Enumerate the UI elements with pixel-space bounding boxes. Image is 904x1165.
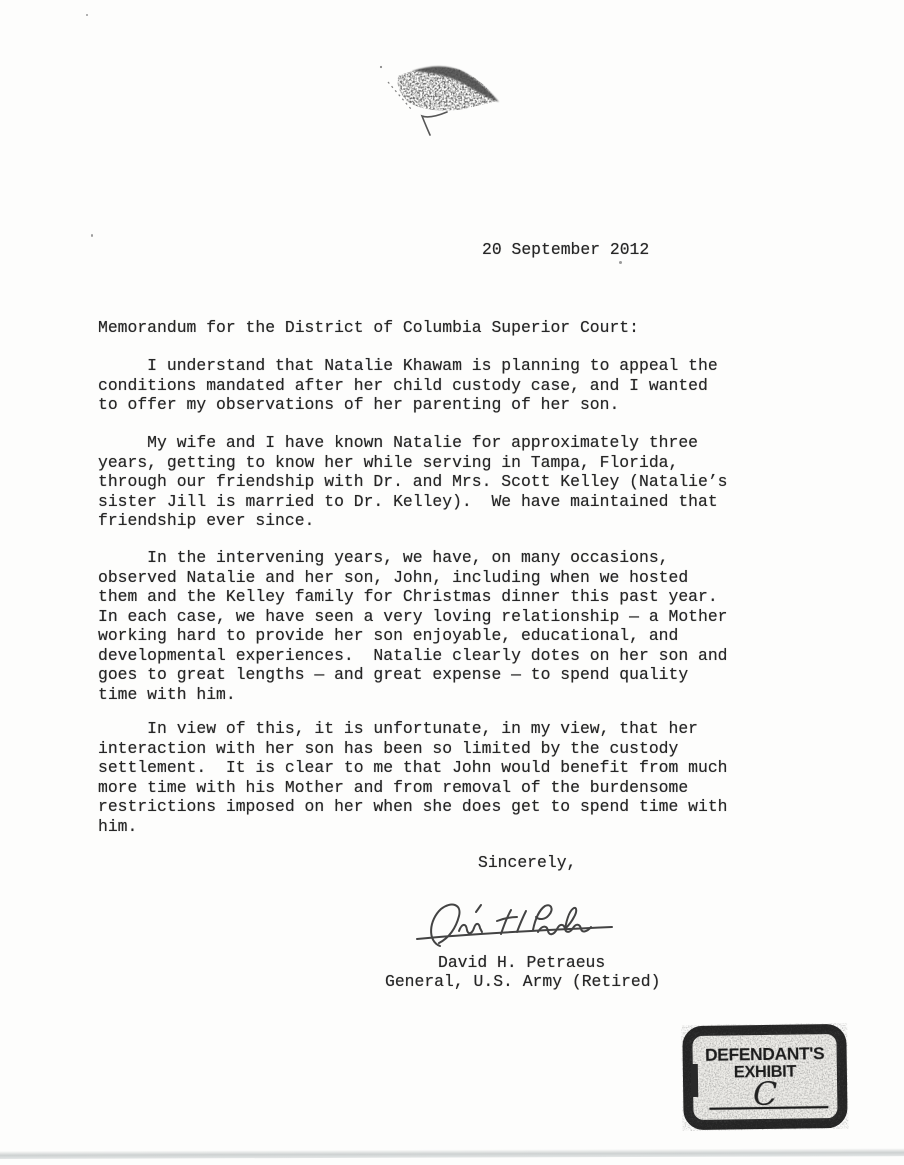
signature-stroke <box>501 910 511 934</box>
letter-paragraph: I understand that Natalie Khawam is plan… <box>98 356 718 415</box>
signature-stroke <box>431 905 459 946</box>
signer-name: David H. Petraeus <box>438 953 605 973</box>
scan-speck <box>619 261 622 264</box>
letter-paragraph: In view of this, it is unfortunate, in m… <box>98 719 728 836</box>
letter-closing: Sincerely, <box>478 853 576 873</box>
letter-date: 20 September 2012 <box>482 240 649 260</box>
scan-edge-artifact <box>0 1148 904 1159</box>
signature-stroke <box>459 924 482 933</box>
stamp-left-mark <box>691 1064 698 1097</box>
emblem-hook-stroke <box>422 112 447 135</box>
signer-title: General, U.S. Army (Retired) <box>385 972 660 992</box>
scan-speck <box>91 234 93 237</box>
signature-stroke <box>476 905 481 912</box>
letter-paragraph: My wife and I have known Natalie for app… <box>98 433 728 531</box>
letterhead-emblem-smudge-icon <box>368 56 508 140</box>
emblem-speck <box>380 66 382 68</box>
handwritten-signature-icon <box>405 896 630 956</box>
exhibit-stamp-icon: DEFENDANT'S EXHIBIT C <box>681 1023 848 1131</box>
letter-salutation: Memorandum for the District of Columbia … <box>98 318 639 338</box>
stamp-line1: DEFENDANT'S <box>705 1043 825 1065</box>
letter-paragraph: In the intervening years, we have, on ma… <box>98 548 728 704</box>
scanned-letter-page: 20 September 2012 Memorandum for the Dis… <box>0 0 904 1165</box>
defendants-exhibit-stamp: DEFENDANT'S EXHIBIT C <box>681 1023 849 1136</box>
scan-speck <box>86 14 88 16</box>
signature-stroke <box>517 911 526 932</box>
